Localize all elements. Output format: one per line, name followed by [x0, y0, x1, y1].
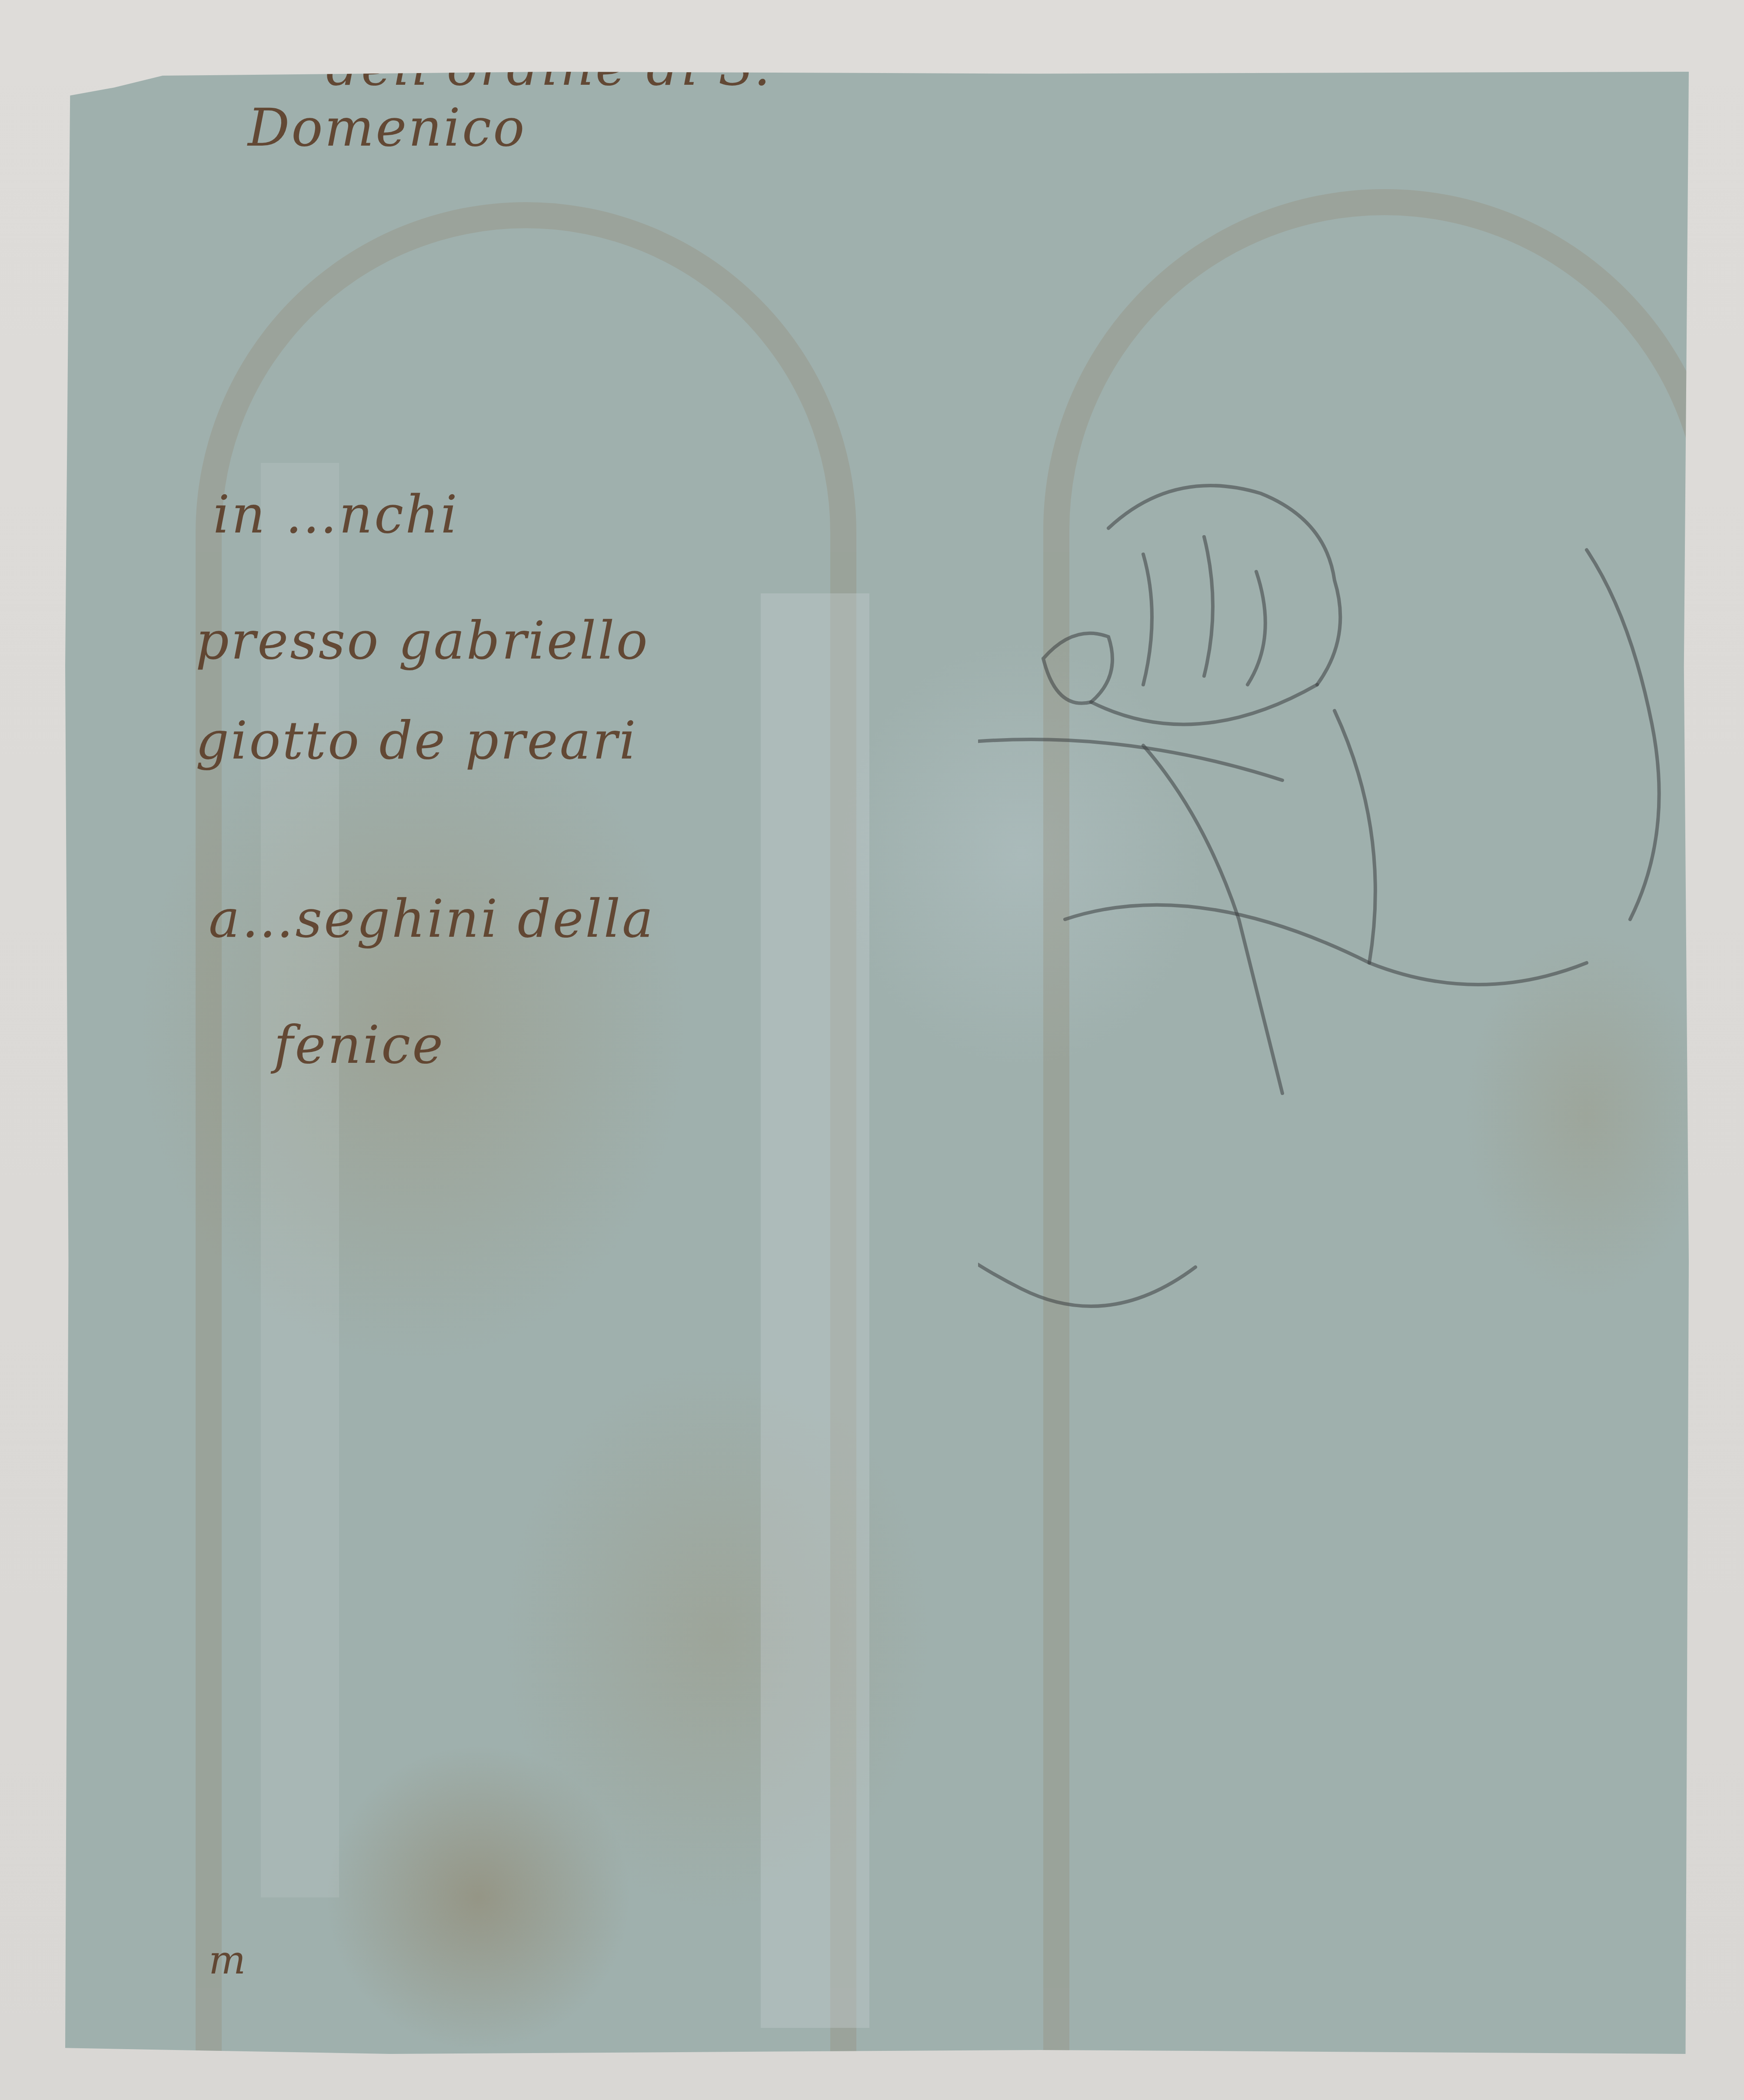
left-pillar [261, 463, 339, 1897]
inscription-line-4: a…seghini della [209, 893, 655, 945]
hand-sketch [978, 441, 1695, 1398]
inscription-domenico: Domenico [248, 102, 526, 154]
center-pillar [761, 593, 869, 2028]
inscription-line-2: presso gabriello [196, 615, 649, 667]
inscription-line-5: fenice [274, 1019, 445, 1072]
blue-paper-sheet: dell'ordine di S. Domenico in …nchi pres… [65, 72, 1689, 2054]
inscription-corner-mark: m [209, 1941, 247, 1980]
inscription-line-3: giotto de preari [196, 715, 638, 767]
inscription-line-1: in …nchi [213, 489, 459, 541]
